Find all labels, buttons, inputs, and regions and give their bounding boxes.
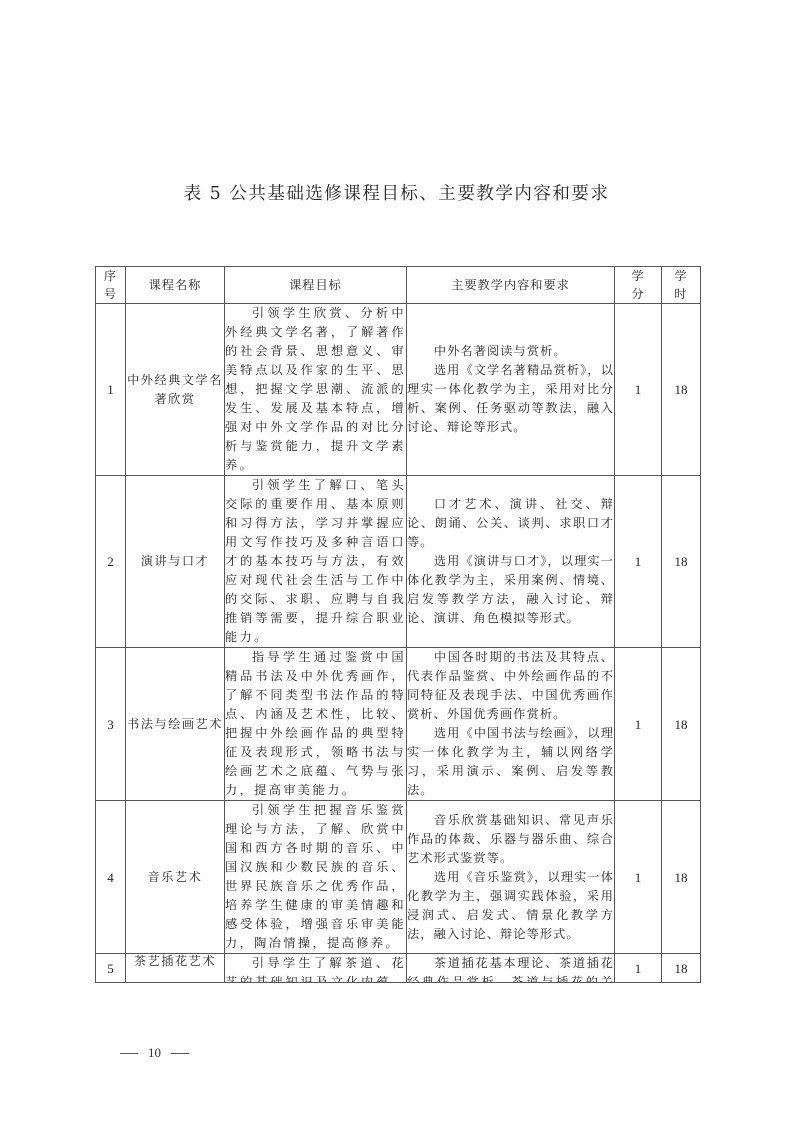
row-hours: 18 — [662, 801, 701, 954]
header-course-goal: 课程目标 — [225, 267, 407, 304]
table-header-row: 序号 课程名称 课程目标 主要教学内容和要求 学分 学时 — [96, 267, 701, 304]
page-number: 10 — [148, 1045, 161, 1061]
table-row: 5 茶艺插花艺术 引导学生了解茶道、花艺的基础知识及文化内蕴，掌握茶艺、插花的基… — [96, 954, 701, 983]
content-paragraph: 选用《演讲与口才》，以理实一体化教学为主，采用案例、情境、启发等教学方法，融入讨… — [407, 552, 614, 628]
row-course-content: 中国各时期的书法及其特点、代表作品鉴赏、中外绘画作品的不同特征及表现手法、中国优… — [407, 648, 615, 801]
footer-dash-right — [171, 1053, 189, 1054]
row-course-name: 中外经典文学名著欣赏 — [126, 304, 225, 476]
row-seq: 2 — [96, 476, 126, 648]
header-seq-line2: 号 — [104, 287, 117, 301]
course-name-text: 茶艺插花艺术 — [126, 954, 224, 982]
row-course-content: 音乐欣赏基础知识、常见声乐作品的体裁、乐器与器乐曲、综合艺术形式鉴赏等。 选用《… — [407, 801, 615, 954]
header-seq: 序号 — [96, 267, 126, 304]
goal-text: 指导学生通过鉴赏中国精品书法及中外优秀画作，了解不同类型书法作品的特点、内涵及艺… — [225, 648, 406, 800]
row-hours: 18 — [662, 476, 701, 648]
table-title: 表 5 公共基础选修课程目标、主要教学内容和要求 — [0, 180, 793, 205]
content-paragraph: 选用《中国书法与绘画》，以理实一体化教学为主，辅以网络学习，采用演示、案例、启发… — [407, 724, 614, 800]
goal-text: 引导学生了解茶道、花艺的基础知识及文化内蕴，掌握茶艺、插花的基本技能， — [225, 954, 406, 982]
row-hours: 18 — [662, 648, 701, 801]
row-course-goal: 指导学生通过鉴赏中国精品书法及中外优秀画作，了解不同类型书法作品的特点、内涵及艺… — [225, 648, 407, 801]
row-course-goal: 引领学生把握音乐鉴赏理论与方法，了解、欣赏中国和西方各时期的音乐、中国汉族和少数… — [225, 801, 407, 954]
content-paragraph: 选用《文学名著精品赏析》，以理实一体化教学为主，采用对比分析、案例、任务驱动等教… — [407, 361, 614, 437]
course-table: 序号 课程名称 课程目标 主要教学内容和要求 学分 学时 1 中外经典文学名著欣… — [95, 266, 701, 983]
content-paragraph: 茶道插花基本理论、茶道插花经典作品赏析、茶道与插花的关系、茶艺花艺技能训练。 — [407, 954, 614, 982]
row-course-name: 书法与绘画艺术 — [126, 648, 225, 801]
row-course-content: 口才艺术、演讲、社交、辩论、朗诵、公关、谈判、求职口才等。 选用《演讲与口才》，… — [407, 476, 615, 648]
table-row: 3 书法与绘画艺术 指导学生通过鉴赏中国精品书法及中外优秀画作，了解不同类型书法… — [96, 648, 701, 801]
row-course-content: 茶道插花基本理论、茶道插花经典作品赏析、茶道与插花的关系、茶艺花艺技能训练。 — [407, 954, 615, 983]
row-hours: 18 — [662, 954, 701, 983]
content-paragraph: 音乐欣赏基础知识、常见声乐作品的体裁、乐器与器乐曲、综合艺术形式鉴赏等。 — [407, 811, 614, 868]
header-hours-line2: 时 — [674, 287, 687, 301]
content-paragraph: 中国各时期的书法及其特点、代表作品鉴赏、中外绘画作品的不同特征及表现手法、中国优… — [407, 648, 614, 724]
header-credit-line1: 学 — [631, 269, 644, 283]
footer-dash-left — [120, 1053, 138, 1054]
goal-text: 引领学生把握音乐鉴赏理论与方法，了解、欣赏中国和西方各时期的音乐、中国汉族和少数… — [225, 801, 406, 953]
header-course-content: 主要教学内容和要求 — [407, 267, 615, 304]
row-credit: 1 — [615, 648, 662, 801]
page-footer: 10 — [120, 1045, 189, 1061]
row-hours: 18 — [662, 304, 701, 476]
header-credit: 学分 — [615, 267, 662, 304]
row-credit: 1 — [615, 476, 662, 648]
header-hours-line1: 学 — [674, 269, 687, 283]
header-seq-line1: 序 — [104, 269, 117, 283]
row-seq: 3 — [96, 648, 126, 801]
table-row: 4 音乐艺术 引领学生把握音乐鉴赏理论与方法，了解、欣赏中国和西方各时期的音乐、… — [96, 801, 701, 954]
table-row: 1 中外经典文学名著欣赏 引领学生欣赏、分析中外经典文学名著，了解著作的社会背景… — [96, 304, 701, 476]
row-course-name: 茶艺插花艺术 — [126, 954, 225, 983]
row-course-goal: 引领学生了解口、笔头交际的重要作用、基本原则和习得方法，学习并掌握应用文写作技巧… — [225, 476, 407, 648]
row-course-content: 中外名著阅读与赏析。 选用《文学名著精品赏析》，以理实一体化教学为主，采用对比分… — [407, 304, 615, 476]
table-row: 2 演讲与口才 引领学生了解口、笔头交际的重要作用、基本原则和习得方法，学习并掌… — [96, 476, 701, 648]
goal-text: 引领学生了解口、笔头交际的重要作用、基本原则和习得方法，学习并掌握应用文写作技巧… — [225, 476, 406, 647]
row-credit: 1 — [615, 801, 662, 954]
row-seq: 1 — [96, 304, 126, 476]
content-paragraph: 口才艺术、演讲、社交、辩论、朗诵、公关、谈判、求职口才等。 — [407, 495, 614, 552]
header-hours: 学时 — [662, 267, 701, 304]
content-paragraph: 选用《音乐鉴赏》，以理实一体化教学为主，强调实践体验，采用浸润式、启发式、情景化… — [407, 868, 614, 944]
row-seq: 4 — [96, 801, 126, 954]
header-course-name: 课程名称 — [126, 267, 225, 304]
goal-text: 引领学生欣赏、分析中外经典文学名著，了解著作的社会背景、思想意义、审美特点以及作… — [225, 304, 406, 475]
row-credit: 1 — [615, 304, 662, 476]
row-course-name: 音乐艺术 — [126, 801, 225, 954]
row-course-goal: 引领学生欣赏、分析中外经典文学名著，了解著作的社会背景、思想意义、审美特点以及作… — [225, 304, 407, 476]
row-course-name: 演讲与口才 — [126, 476, 225, 648]
row-course-goal: 引导学生了解茶道、花艺的基础知识及文化内蕴，掌握茶艺、插花的基本技能， — [225, 954, 407, 983]
row-credit: 1 — [615, 954, 662, 983]
header-credit-line2: 分 — [631, 287, 644, 301]
content-paragraph: 中外名著阅读与赏析。 — [407, 342, 614, 361]
row-seq: 5 — [96, 954, 126, 983]
